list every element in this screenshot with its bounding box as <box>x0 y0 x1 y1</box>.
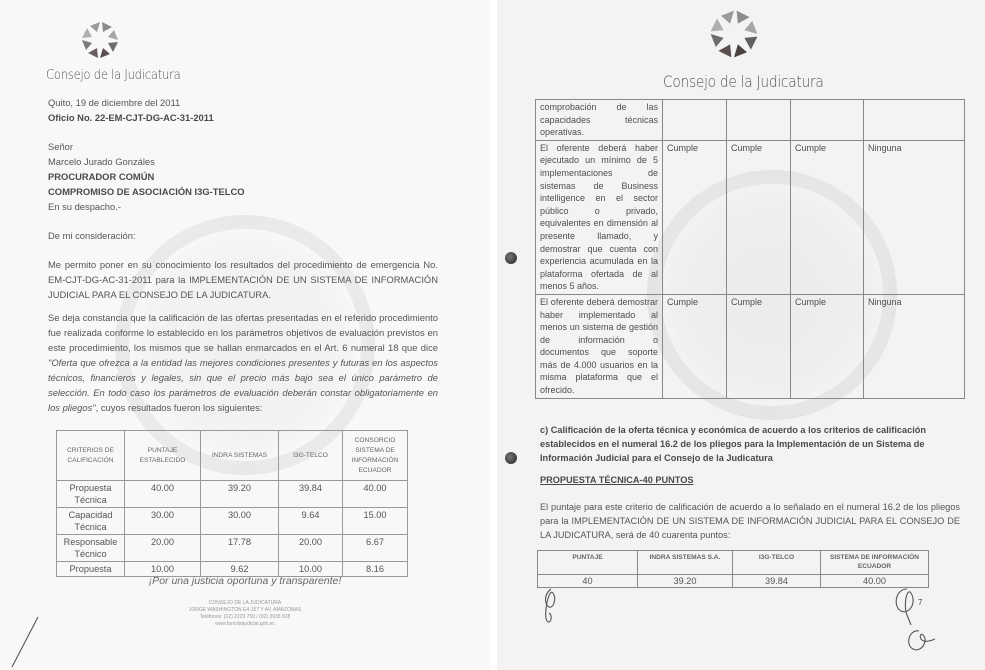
section-c-heading: c) Calificación de la oferta técnica y e… <box>540 423 960 465</box>
page-gutter <box>490 0 497 670</box>
punch-hole <box>505 452 517 464</box>
logo-text: Consejo de la Judicatura <box>663 72 824 91</box>
column-header: CONSORCIO SISTEMA DE INFORMACIÓN ECUADOR <box>343 431 408 481</box>
paragraph-results-intro: Me permito poner en su conocimiento los … <box>48 257 438 302</box>
compliance-cell: Ninguna <box>864 294 965 398</box>
criterion-cell: Capacidad Técnica <box>57 508 125 535</box>
table-row: comprobación de las capacidades técnicas… <box>536 100 965 141</box>
punch-hole <box>505 252 517 264</box>
score-cell: 39.20 <box>638 575 733 588</box>
criterion-cell: Responsable Técnico <box>57 535 125 562</box>
compliance-cell: Cumple <box>791 294 864 398</box>
column-header: I3G-TELCO <box>279 431 343 481</box>
compliance-cell <box>791 100 864 141</box>
results-table: CRITERIOS DE CALIFICACIÓN PUNTAJE ESTABL… <box>56 430 408 577</box>
column-header: INDRA SISTEMAS S.A. <box>638 551 733 575</box>
table-row: El oferente deberá demostrar haber imple… <box>536 294 965 398</box>
document-page-right: Consejo de la Judicatura comprobación de… <box>497 0 985 670</box>
requirement-cell: El oferente deberá demostrar haber imple… <box>536 294 663 398</box>
consejo-judicatura-emblem-icon <box>708 8 760 60</box>
page-number: 7 <box>918 598 922 607</box>
letter-date: Quito, 19 de diciembre del 2011 <box>48 95 180 110</box>
column-header: SISTEMA DE INFORMACIÓN ECUADOR <box>821 551 929 575</box>
signature-mark <box>8 615 48 670</box>
footer-line: Teléfonos: (02) 2223 750 / (02) 3935 828 <box>0 614 490 621</box>
score-table: PUNTAJE INDRA SISTEMAS S.A. I3G-TELCO SI… <box>537 550 929 588</box>
score-cell: 20.00 <box>125 535 201 562</box>
requirement-cell: El oferente deberá haber ejecutado un mí… <box>536 140 663 294</box>
score-cell: 30.00 <box>125 508 201 535</box>
column-header: PUNTAJE <box>538 551 638 575</box>
table-row: El oferente deberá haber ejecutado un mí… <box>536 140 965 294</box>
table-row: 4039.2039.8440.00 <box>538 575 929 588</box>
recipient-organization: COMPROMISO DE ASOCIACIÓN I3G-TELCO <box>48 184 245 199</box>
table-row: Propuesta Técnica40.0039.2039.8440.00 <box>57 481 408 508</box>
score-cell: 39.84 <box>733 575 821 588</box>
column-header: INDRA SISTEMAS <box>201 431 279 481</box>
requirement-cell: comprobación de las capacidades técnicas… <box>536 100 663 141</box>
compliance-cell: Cumple <box>663 140 727 294</box>
subheading: PROPUESTA TÉCNICA-40 PUNTOS <box>540 473 694 488</box>
recipient-salutation: Señor <box>48 139 73 154</box>
footer-line: JORGE WASHINGTON E4-157 Y AV. AMAZONAS <box>0 607 490 614</box>
recipient-name: Marcelo Jurado Gonzáles <box>48 154 155 169</box>
column-header: CRITERIOS DE CALIFICACIÓN <box>57 431 125 481</box>
score-cell: 6.67 <box>343 535 408 562</box>
criterion-cell: Propuesta Técnica <box>57 481 125 508</box>
compliance-cell: Ninguna <box>864 140 965 294</box>
paragraph-evaluation-intro: Se deja constancia que la calificación d… <box>48 312 438 353</box>
paragraph-score: El puntaje para este criterio de calific… <box>540 500 960 542</box>
table-row: Responsable Técnico20.0017.7820.006.67 <box>57 535 408 562</box>
recipient-closing: En su despacho.- <box>48 199 121 214</box>
document-page-left: Consejo de la Judicatura Quito, 19 de di… <box>0 0 490 670</box>
logo-text: Consejo de la Judicatura <box>46 67 180 83</box>
oficio-number: Oficio No. 22-EM-CJT-DG-AC-31-2011 <box>48 110 214 125</box>
compliance-cell <box>864 100 965 141</box>
score-cell: 9.64 <box>279 508 343 535</box>
greeting: De mi consideración: <box>48 228 136 243</box>
score-cell: 39.84 <box>279 481 343 508</box>
letterhead-footer: CONSEJO DE LA JUDICATURA JORGE WASHINGTO… <box>0 600 490 628</box>
score-cell: 17.78 <box>201 535 279 562</box>
footer-line: www.funcionjudicial.gob.ec <box>0 621 490 628</box>
criteria-table: comprobación de las capacidades técnicas… <box>535 99 965 399</box>
compliance-cell: Cumple <box>791 140 864 294</box>
compliance-cell: Cumple <box>663 294 727 398</box>
signature-mark <box>889 585 939 660</box>
institution-logo: Consejo de la Judicatura <box>663 8 850 91</box>
compliance-cell <box>663 100 727 141</box>
compliance-cell: Cumple <box>727 294 791 398</box>
table-row: Capacidad Técnica30.0030.009.6415.00 <box>57 508 408 535</box>
footer-line: CONSEJO DE LA JUDICATURA <box>0 600 490 607</box>
score-cell: 30.00 <box>201 508 279 535</box>
paragraph-evaluation: Se deja constancia que la calificación d… <box>48 310 438 415</box>
recipient-title: PROCURADOR COMÚN <box>48 169 154 184</box>
compliance-cell: Cumple <box>727 140 791 294</box>
score-cell: 20.00 <box>279 535 343 562</box>
score-cell: 40.00 <box>343 481 408 508</box>
signature-initials <box>539 585 569 625</box>
slogan: ¡Por una justicia oportuna y transparent… <box>0 575 490 587</box>
compliance-cell <box>727 100 791 141</box>
paragraph-evaluation-end: , cuyos resultados fueron los siguientes… <box>96 402 263 413</box>
score-cell: 39.20 <box>201 481 279 508</box>
column-header: PUNTAJE ESTABLECIDO <box>125 431 201 481</box>
column-header: I3G-TELCO <box>733 551 821 575</box>
score-cell: 15.00 <box>343 508 408 535</box>
consejo-judicatura-emblem-icon <box>80 20 120 60</box>
score-cell: 40.00 <box>125 481 201 508</box>
institution-logo: Consejo de la Judicatura <box>46 20 202 83</box>
